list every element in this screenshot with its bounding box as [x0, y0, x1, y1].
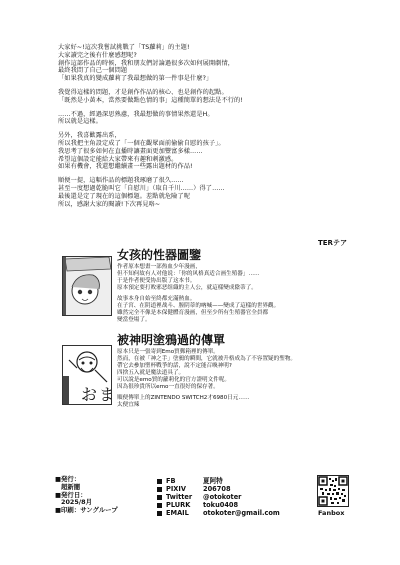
text-line: 變當登場了。 — [117, 317, 357, 324]
svg-text:ま: ま — [99, 385, 111, 404]
work-paragraph: 順便傳單上的ZINTENDO SWITCH2才6980日元…… 太便宜辣 — [117, 395, 357, 409]
social-row-email: EMAIL otokoter@gmail.com — [157, 509, 280, 517]
work-paragraph: 作者原本想畫一部热血少年漫画， 但不知何故有人对他说：「你的风格真适合画生殖器」… — [117, 264, 357, 292]
bullet-square-icon — [157, 487, 162, 492]
bullet-square-icon — [157, 479, 162, 484]
social-value: toku0408 — [203, 501, 238, 509]
social-key: FB — [166, 477, 176, 485]
social-row-plurk: PLURK toku0408 — [157, 501, 280, 509]
text-line: 「既然是小黃本，當然要做點色情的事」這種簡單的想法是不行的! — [58, 97, 358, 105]
afterword-paragraph-1: 大家好~!這次我嘗試挑戰了「TS蘿莉」的主題! 大家讀完之後有什麼感想呢? 創作… — [58, 44, 358, 83]
text-line: 故事本身自始至終都充滿熱血。 — [117, 296, 357, 303]
afterword-paragraph-3: ……不過，經過深思熟慮，我最想做的事情果然還是H。 所以就是這樣。 — [58, 111, 358, 127]
work-title: 女孩的性器圖鑒 — [117, 248, 357, 262]
text-line: 我思考了很多如何在直播時讓畫面更加豐富多樣…… — [58, 148, 358, 156]
text-line: 所以我把主角設定成了「一個在觀眾面前偷偷自慰的孩子」。 — [58, 140, 358, 148]
text-line: 可以說是emo貿的蘿莉化的官方證明文件呢。 — [117, 377, 357, 384]
text-line: 作者原本想畫一部热血少年漫画， — [117, 264, 357, 271]
text-line: 順便一提，這幅作品的標題我琢磨了很久…… — [58, 177, 358, 185]
work-paragraph: 原本只是一張寄到Emo貿郵箱裡的傳單。 然而，在被「神之手」塗鴉的瞬間，它就被升… — [117, 349, 357, 391]
text-line: 「如果我真的變成蘿莉了我最想做的第一件事是什麼?」 — [58, 75, 358, 83]
text-line: 我覺得這樣的問題，才是創作作品的核心、也是創作的起點。 — [58, 89, 358, 97]
qr-label: Fanbox — [318, 509, 344, 517]
doodle-flyer-icon: お ま — [62, 345, 112, 405]
work-title: 被神明塗鴉過的傳單 — [117, 333, 357, 347]
text-line: 然而，在被「神之手」塗鴉的瞬間，它就被升格成為了不容置疑的聖物。 — [117, 356, 357, 363]
text-line: ……不過，經過深思熟慮，我最想做的事情果然還是H。 — [58, 111, 358, 119]
text-line: 最後還是定了現在的這個標題。差點就危險了呢 — [58, 193, 358, 201]
afterword-paragraph-4: 另外，我喜歡露出系， 所以我把主角設定成了「一個在觀眾面前偷偷自慰的孩子」。 我… — [58, 132, 358, 171]
afterword-paragraph-5: 順便一提，這幅作品的標題我琢磨了很久…… 甚至一度想過乾脆叫它「自慰川」（取自千… — [58, 177, 358, 208]
text-line: 四捨五入就是魔法道具了。 — [117, 370, 357, 377]
social-links: FB 夏阿特 PIXIV 206708 Twitter @otokoter PL… — [157, 477, 280, 517]
text-line: 但不知何故有人对他说：「你的风格真适合画生殖器」…… — [117, 271, 357, 278]
social-key: PLURK — [166, 501, 190, 509]
text-line: 雖然完全不像是本保健體育漫画，但至少所有生殖器官全員都 — [117, 310, 357, 317]
text-line: 甚至一度想過乾脆叫它「自慰川」（取自千川……）得了…… — [58, 185, 358, 193]
social-row-pixiv: PIXIV 206708 — [157, 485, 280, 493]
text-line: 原本只是一張寄到Emo貿郵箱裡的傳單。 — [117, 349, 357, 356]
text-line: 大家讀完之後有什麼感想呢? — [58, 52, 358, 60]
text-line: 所以，感謝大家的閱讀!下次再見咯~ — [58, 201, 358, 209]
text-line: 因為很珍貴所以emo一直很好的保存著。 — [117, 384, 357, 391]
text-line: 順便傳單上的ZINTENDO SWITCH2才6980日元…… — [117, 395, 357, 402]
text-line: 如果有機會，我還想繼續畫一些露出題材的作品! — [58, 163, 358, 171]
bullet-square-icon — [157, 511, 162, 516]
social-value: 夏阿特 — [203, 477, 223, 485]
social-value: otokoter@gmail.com — [203, 509, 280, 517]
svg-text:お: お — [81, 385, 97, 404]
author-signature: TERテア — [318, 238, 347, 248]
text-line: 原本預定要打败邪恶组織的主人公，就這樣變成陰蒂了。 — [117, 285, 357, 292]
bullet-square-icon — [157, 495, 162, 500]
text-line: 所以就是這樣。 — [58, 118, 358, 126]
colophon: ■発行： 超新闇 ■発行日： 2025/8月 ■印刷：サングループ — [55, 476, 118, 515]
social-key: Twitter — [166, 493, 192, 501]
afterword: 大家好~!這次我嘗試挑戰了「TS蘿莉」的主題! 大家讀完之後有什麼感想呢? 創作… — [58, 44, 358, 214]
afterword-paragraph-2: 我覺得這樣的問題，才是創作作品的核心、也是創作的起點。 「既然是小黃本，當然要做… — [58, 89, 358, 105]
manga-cover-girl-icon — [62, 256, 112, 316]
text-line: 另外，我喜歡露出系， — [58, 132, 358, 140]
text-line: 太便宜辣 — [117, 402, 357, 409]
text-line: 在子宮、在阴道裡战斗、膣阴蒂的吶喊——變成了這樣的世界觀。 — [117, 303, 357, 310]
bullet-square-icon — [157, 503, 162, 508]
social-key: EMAIL — [166, 509, 189, 517]
qr-code-icon — [317, 475, 349, 507]
social-value: 206708 — [203, 485, 231, 493]
social-row-twitter: Twitter @otokoter — [157, 493, 280, 501]
social-value: @otokoter — [203, 493, 241, 501]
text-line: 于是作者便受协出版了这本书。 — [117, 278, 357, 285]
work-paragraph: 故事本身自始至終都充滿熱血。 在子宮、在阴道裡战斗、膣阴蒂的吶喊——變成了這樣的… — [117, 296, 357, 324]
text-line: 帶它去參加聖杯戰爭的話，說不定能召喚神明? — [117, 363, 357, 370]
social-key: PIXIV — [166, 485, 186, 493]
social-row-fb: FB 夏阿特 — [157, 477, 280, 485]
text-line: 大家好~!這次我嘗試挑戰了「TS蘿莉」的主題! — [58, 44, 358, 52]
printer-label: ■印刷：サングループ — [55, 507, 118, 515]
